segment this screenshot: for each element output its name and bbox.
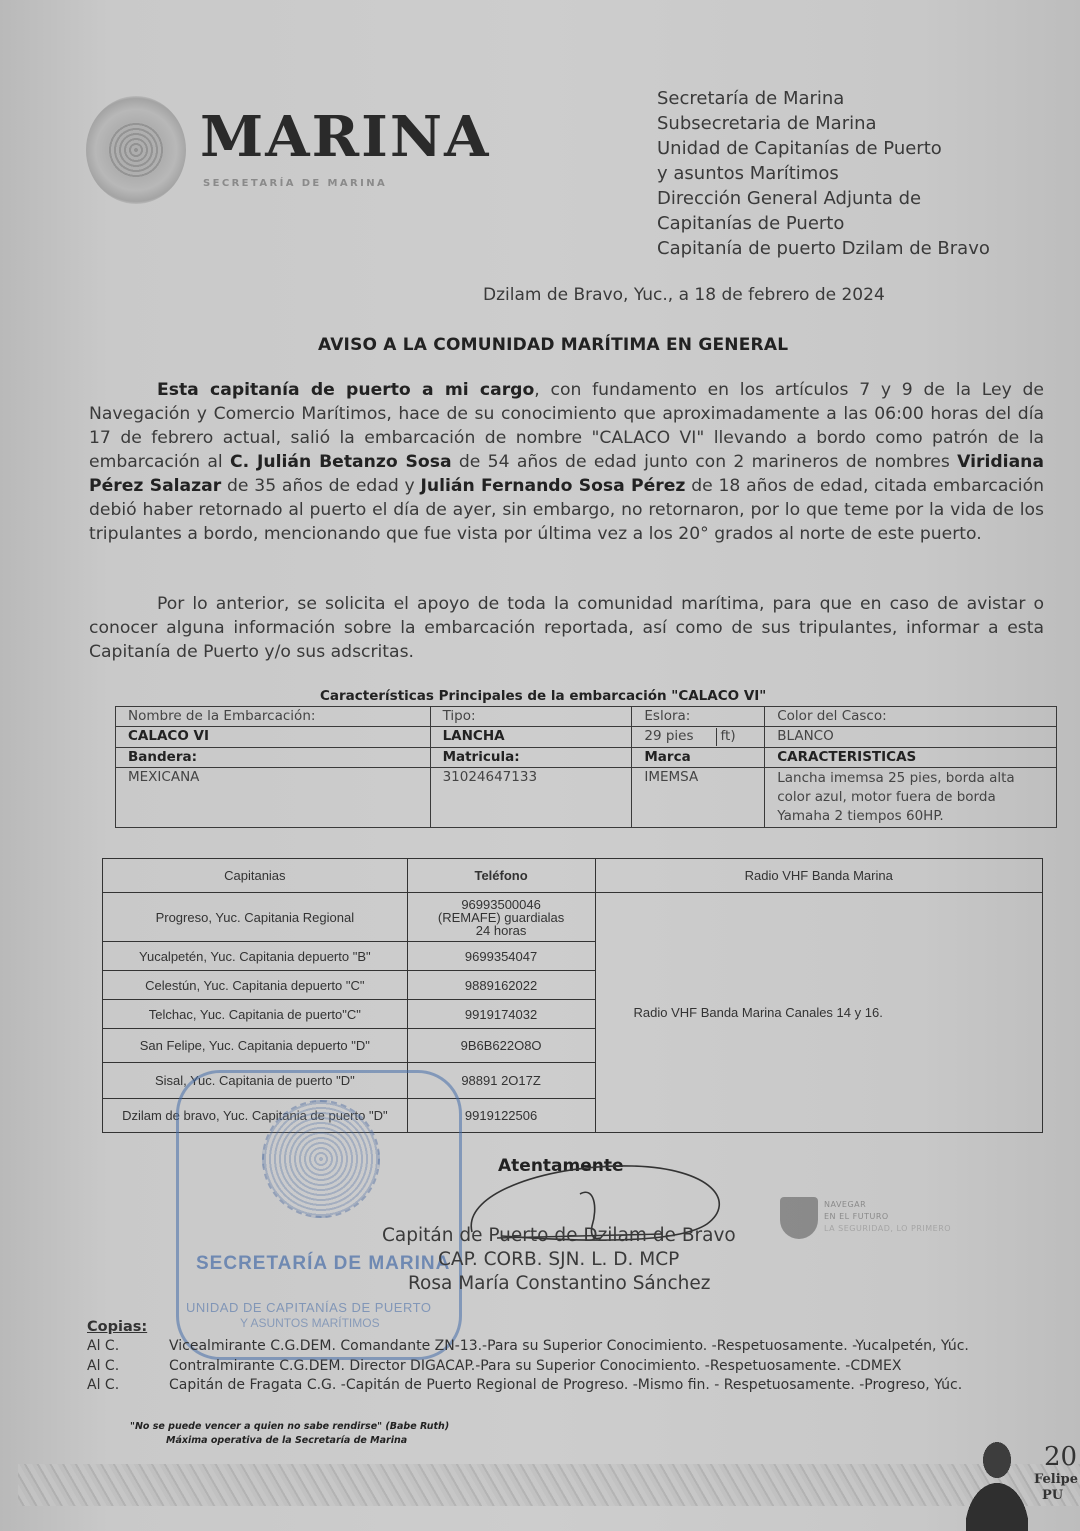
label-cell: Matricula: xyxy=(430,748,632,768)
stamp-text: UNIDAD DE CAPITANÍAS DE PUERTO xyxy=(186,1300,431,1315)
copy-recipient: Al C.Capitán de Fragata C.G. -Capitán de… xyxy=(87,1377,962,1393)
vessel-name: CALACO VI xyxy=(116,727,431,748)
table-row: Progreso, Yuc. Capitania Regional 969935… xyxy=(103,893,1043,942)
org-line: y asuntos Marítimos xyxy=(657,161,990,186)
year-fragment: 20 xyxy=(1044,1442,1077,1472)
stamp-text: Y ASUNTOS MARÍTIMOS xyxy=(240,1316,380,1330)
logo-line: LA SEGURIDAD, LO PRIMERO xyxy=(824,1223,951,1235)
capitania-phone: 9699354047 xyxy=(407,942,595,971)
copy-recipient: Al C.Vicealmirante C.G.DEM. Comandante Z… xyxy=(87,1338,969,1354)
column-header: Capitanias xyxy=(103,859,408,893)
signer-position: Capitán de Puerto de Dzilam de Bravo xyxy=(382,1225,736,1246)
eagle-emblem-icon xyxy=(108,122,164,178)
label-cell: Color del Casco: xyxy=(765,707,1057,727)
org-line: Dirección General Adjunta de xyxy=(657,186,990,211)
length-unit: ft) xyxy=(716,728,736,746)
paragraph-text: de 54 años de edad junto con 2 marineros… xyxy=(452,452,958,472)
vessel-length: 29 piesft) xyxy=(632,727,765,748)
capitania-phone: 9919174032 xyxy=(407,1000,595,1029)
decorative-footer-band xyxy=(18,1464,1080,1506)
capitania-name: Telchac, Yuc. Capitania de puerto"C" xyxy=(103,1000,408,1029)
vessel-brand: IMEMSA xyxy=(632,768,765,828)
navegar-logo-text: NAVEGAR EN EL FUTURO LA SEGURIDAD, LO PR… xyxy=(824,1199,951,1235)
capitania-phone: 9B6B622O8O xyxy=(407,1029,595,1063)
recipient-prefix: Al C. xyxy=(87,1338,169,1354)
table-header-row: Capitanias Teléfono Radio VHF Banda Mari… xyxy=(103,859,1043,893)
column-header: Teléfono xyxy=(407,859,595,893)
recipient-prefix: Al C. xyxy=(87,1377,169,1393)
table-row: CALACO VI LANCHA 29 piesft) BLANCO xyxy=(116,727,1057,748)
recipient-text: Vicealmirante C.G.DEM. Comandante ZN-13.… xyxy=(169,1338,969,1354)
document-title: AVISO A LA COMUNIDAD MARÍTIMA EN GENERAL xyxy=(318,335,788,355)
logo-line: NAVEGAR xyxy=(824,1199,951,1211)
org-line: Capitanías de Puerto xyxy=(657,211,990,236)
crew-name-2: Julián Fernando Sosa Pérez xyxy=(421,476,686,496)
shield-logo-icon xyxy=(780,1197,818,1239)
capitania-phone: 9889162022 xyxy=(407,971,595,1000)
table-row: Bandera: Matricula: Marca CARACTERISTICA… xyxy=(116,748,1057,768)
org-line: Secretaría de Marina xyxy=(657,86,990,111)
name-line: Felipe xyxy=(1034,1472,1078,1488)
portrait-image xyxy=(966,1440,1028,1531)
captain-name: C. Julián Betanzo Sosa xyxy=(230,452,452,472)
motto-caption: Máxima operativa de la Secretaría de Mar… xyxy=(166,1435,407,1446)
column-header: Radio VHF Banda Marina xyxy=(595,859,1043,893)
org-line: Unidad de Capitanías de Puerto xyxy=(657,136,990,161)
vessel-characteristics-table: Nombre de la Embarcación: Tipo: Eslora: … xyxy=(115,706,1057,828)
stamp-seal-icon xyxy=(262,1100,380,1218)
label-cell: Bandera: xyxy=(116,748,431,768)
notice-paragraph-1: Esta capitanía de puerto a mi cargo, con… xyxy=(89,378,1044,546)
label-cell: CARACTERISTICAS xyxy=(765,748,1057,768)
organization-hierarchy: Secretaría de Marina Subsecretaria de Ma… xyxy=(657,86,990,261)
capitania-name: Celestún, Yuc. Capitania depuerto "C" xyxy=(103,971,408,1000)
vessel-type: LANCHA xyxy=(430,727,632,748)
marina-logo-title: MARINA xyxy=(200,104,491,170)
date-line: Dzilam de Bravo, Yuc., a 18 de febrero d… xyxy=(483,285,885,305)
table-row: Nombre de la Embarcación: Tipo: Eslora: … xyxy=(116,707,1057,727)
org-line: Subsecretaria de Marina xyxy=(657,111,990,136)
signer-name: Rosa María Constantino Sánchez xyxy=(408,1273,711,1294)
label-cell: Marca xyxy=(632,748,765,768)
recipient-prefix: Al C. xyxy=(87,1358,169,1374)
notice-paragraph-2: Por lo anterior, se solicita el apoyo de… xyxy=(89,592,1044,664)
motto-quote: "No se puede vencer a quien no sabe rend… xyxy=(130,1421,449,1432)
capitania-name: San Felipe, Yuc. Capitania depuerto "D" xyxy=(103,1029,408,1063)
logo-line: EN EL FUTURO xyxy=(824,1211,951,1223)
org-line: Capitanía de puerto Dzilam de Bravo xyxy=(657,236,990,261)
corner-name: Felipe PU xyxy=(1034,1472,1078,1504)
phone-number: 96993500046 xyxy=(412,898,591,911)
length-value: 29 pies xyxy=(644,728,693,744)
copies-label: Copias: xyxy=(87,1319,147,1335)
marina-logo-subtitle: SECRETARÍA DE MARINA xyxy=(203,178,387,189)
capitania-name: Yucalpetén, Yuc. Capitania depuerto "B" xyxy=(103,942,408,971)
label-cell: Tipo: xyxy=(430,707,632,727)
stamp-text: SECRETARÍA DE MARINA xyxy=(196,1253,450,1275)
name-line: PU xyxy=(1034,1488,1078,1504)
vessel-registration: 31024647133 xyxy=(430,768,632,828)
capitania-phone: 96993500046 (REMAFE) guardialas 24 horas xyxy=(407,893,595,942)
capitania-name: Progreso, Yuc. Capitania Regional xyxy=(103,893,408,942)
paragraph-text: Por lo anterior, se solicita el apoyo de… xyxy=(89,594,1044,662)
phone-note: (REMAFE) guardialas xyxy=(412,911,591,924)
vessel-table-caption: Características Principales de la embarc… xyxy=(320,688,766,704)
signer-rank: CAP. CORB. SJN. L. D. MCP xyxy=(438,1249,679,1270)
lead-bold-text: Esta capitanía de puerto a mi cargo xyxy=(157,380,534,400)
table-row: MEXICANA 31024647133 IMEMSA Lancha imems… xyxy=(116,768,1057,828)
hull-color: BLANCO xyxy=(765,727,1057,748)
label-cell: Nombre de la Embarcación: xyxy=(116,707,431,727)
paragraph-text: de 35 años de edad y xyxy=(221,476,420,496)
recipient-text: Capitán de Fragata C.G. -Capitán de Puer… xyxy=(169,1377,962,1393)
vessel-flag: MEXICANA xyxy=(116,768,431,828)
radio-channels: Radio VHF Banda Marina Canales 14 y 16. xyxy=(595,893,1043,1133)
label-cell: Eslora: xyxy=(632,707,765,727)
recipient-text: Contralmirante C.G.DEM. Director DIGACAP… xyxy=(169,1358,901,1374)
vessel-features: Lancha imemsa 25 pies, borda alta color … xyxy=(765,768,1057,828)
copy-recipient: Al C.Contralmirante C.G.DEM. Director DI… xyxy=(87,1358,901,1374)
phone-note: 24 horas xyxy=(412,924,591,937)
